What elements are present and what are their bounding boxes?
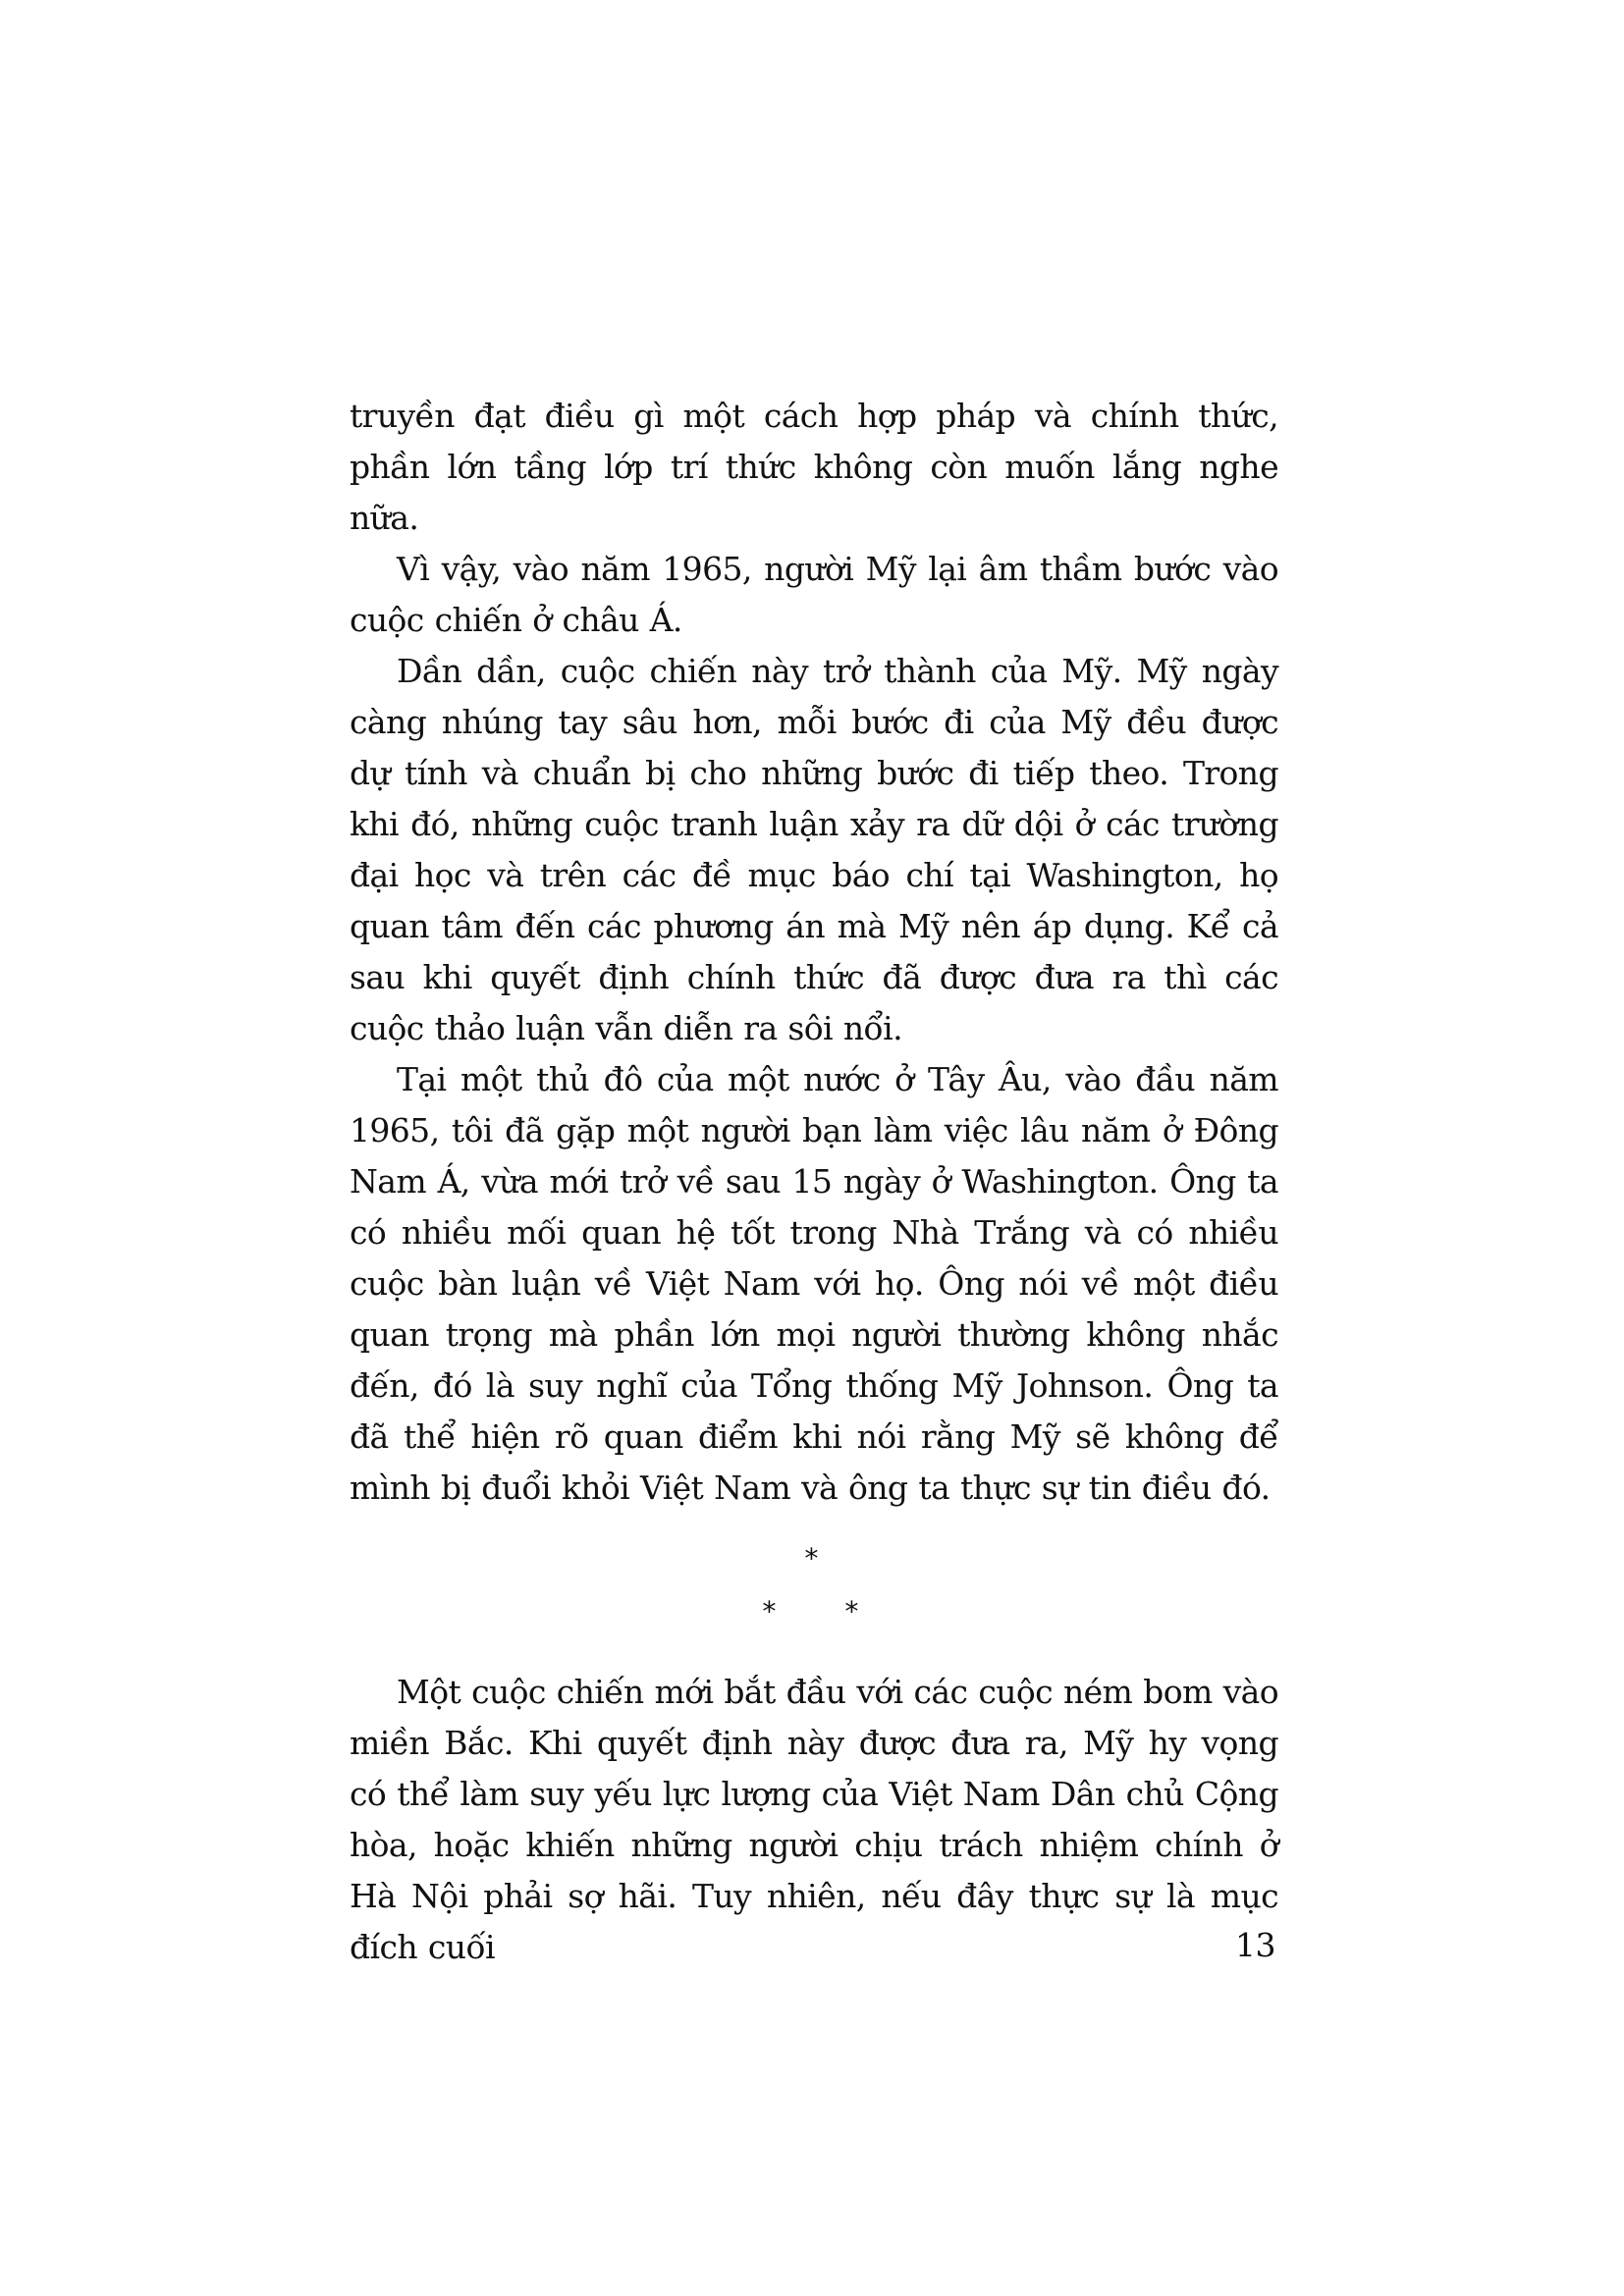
paragraph-johnson: Tại một thủ đô của một nước ở Tây Âu, và… — [350, 1054, 1278, 1514]
page-number: 13 — [1235, 1926, 1275, 1965]
asterisk-icon: * — [803, 1545, 820, 1573]
asterisk-icon: * — [761, 1598, 778, 1626]
paragraph-continuation: truyền đạt điều gì một cách hợp pháp và … — [350, 391, 1278, 544]
paragraph-bombing: Một cuộc chiến mới bắt đầu với các cuộc … — [350, 1667, 1278, 1973]
paragraph-escalation: Dần dần, cuộc chiến này trở thành của Mỹ… — [350, 646, 1278, 1054]
page-body: truyền đạt điều gì một cách hợp pháp và … — [350, 391, 1278, 1973]
paragraph-1965: Vì vậy, vào năm 1965, người Mỹ lại âm th… — [350, 544, 1278, 646]
section-break: * * * — [350, 1514, 1278, 1667]
asterisk-icon: * — [843, 1598, 860, 1626]
